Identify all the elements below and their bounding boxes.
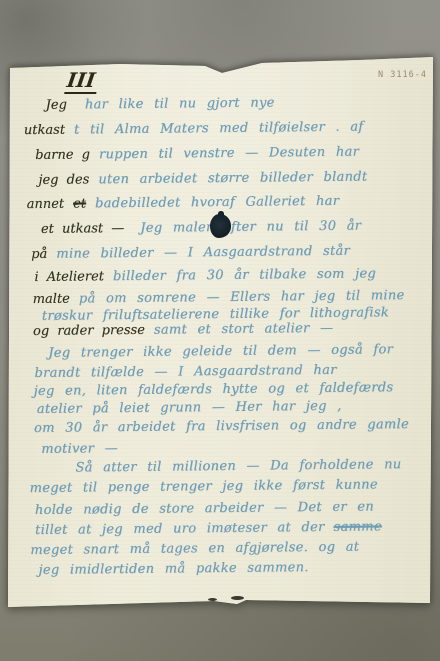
manuscript-line: motiver — bbox=[41, 441, 127, 457]
line-text-blue: Så atter til millionen — Da forholdene n… bbox=[75, 457, 401, 475]
manuscript-line: holde nødig de store arbeider — Det er e… bbox=[35, 499, 383, 518]
line-text-blue: samt et stort atelier — bbox=[154, 321, 334, 338]
manuscript-line: i Atelieretbilleder fra 30 år tilbake so… bbox=[34, 266, 385, 285]
manuscript-line: meget snart må tages en afgjørelse. og a… bbox=[30, 539, 368, 558]
manuscript-line: om 30 år arbeidet fra livsfrisen og andr… bbox=[34, 417, 418, 436]
line-text-blue: om 30 år arbeidet fra livsfrisen og andr… bbox=[34, 417, 409, 436]
line-text-dark: malte bbox=[33, 292, 70, 307]
line-text-blue: på om somrene — Ellers har jeg til mine bbox=[79, 288, 405, 306]
manuscript-line: atelier på leiet grunn — Her har jeg , bbox=[37, 399, 351, 417]
line-text-blue: ruppen til venstre — Desuten har bbox=[99, 145, 359, 163]
manuscript-line: barne gruppen til venstre — Desuten har bbox=[35, 144, 368, 162]
photographed-document-background: III N 3116-4 Jeghar like til nu gjort ny… bbox=[0, 0, 440, 661]
line-text-blue: meget snart må tages en afgjørelse. og a… bbox=[30, 540, 359, 558]
manuscript-line: og rader pressesamt et stort atelier — bbox=[33, 321, 342, 339]
line-text-dark: på bbox=[31, 247, 47, 262]
line-text-blue: jeg en, liten faldefærds hytte og et fal… bbox=[34, 380, 394, 399]
line-text-dark: barne g bbox=[35, 147, 90, 163]
manuscript-line: jeg en, liten faldefærds hytte og et fal… bbox=[34, 380, 403, 399]
line-text-dark: i Atelieret bbox=[34, 269, 104, 285]
line-text-blue: atelier på leiet grunn — Her har jeg , bbox=[37, 399, 342, 417]
handwritten-text-block: Jeghar like til nu gjort nye utkastt til… bbox=[0, 0, 440, 661]
line-text-blue: tillet at jeg med uro imøteser at der bbox=[35, 520, 325, 538]
manuscript-line: Jeghar like til nu gjort nye bbox=[46, 95, 284, 112]
manuscript-line: jeg desuten arbeidet større billeder bla… bbox=[38, 169, 376, 188]
manuscript-line: utkastt til Alma Maters med tilføielser … bbox=[24, 119, 373, 138]
line-text-dark: utkast bbox=[24, 123, 65, 138]
line-text-dark: annet bbox=[27, 197, 65, 212]
manuscript-line: annetetbadebilledet hvoraf Galleriet har bbox=[27, 194, 349, 212]
line-text-blue: billeder fra 30 år tilbake som jeg bbox=[113, 266, 376, 284]
line-text-blue: holde nødig de store arbeider — Det er e… bbox=[35, 499, 374, 518]
manuscript-line: jeg imidlertiden må pakke sammen. bbox=[38, 560, 317, 578]
manuscript-line: Så atter til millionen — Da forholdene n… bbox=[75, 457, 410, 476]
manuscript-line: maltepå om somrene — Ellers har jeg til … bbox=[33, 288, 414, 307]
manuscript-line: meget til penge trenger jeg ikke først k… bbox=[30, 477, 387, 496]
edge-speck bbox=[208, 598, 217, 601]
line-text-blue: meget til penge trenger jeg ikke først k… bbox=[30, 477, 378, 496]
line-text-blue: mine billeder — I Aasgaardstrand står bbox=[56, 244, 350, 262]
line-text-blue: jeg imidlertiden må pakke sammen. bbox=[38, 560, 308, 578]
manuscript-line: påmine billeder — I Aasgaardstrand står bbox=[31, 244, 359, 262]
edge-speck bbox=[231, 596, 244, 600]
line-text-blue: t til Alma Maters med tilføielser . af bbox=[74, 119, 364, 137]
line-text-dark: jeg des bbox=[38, 172, 89, 188]
line-text-struck: samme bbox=[333, 519, 381, 535]
line-text-dark: et utkast — bbox=[41, 221, 124, 237]
line-text-blue: uten arbeidet større billeder blandt bbox=[98, 169, 367, 187]
manuscript-paper: III N 3116-4 Jeghar like til nu gjort ny… bbox=[0, 0, 440, 661]
line-text-blue: har like til nu gjort nye bbox=[85, 95, 275, 112]
manuscript-line: et utkast —Jeg maler efter nu til 30 år bbox=[41, 218, 370, 236]
line-text-blue: brandt tilfælde — I Aasgaardstrand har bbox=[34, 363, 336, 381]
line-text-dark: og rader presse bbox=[33, 323, 145, 339]
line-text-struck: et bbox=[73, 196, 86, 211]
line-text-dark: Jeg bbox=[46, 98, 67, 113]
manuscript-line: tillet at jeg med uro imøteser at dersam… bbox=[35, 519, 391, 538]
line-text-blue: badebilledet hvoraf Galleriet har bbox=[95, 194, 339, 212]
line-text-blue: Jeg maler efter nu til 30 år bbox=[140, 219, 361, 236]
manuscript-line: brandt tilfælde — I Aasgaardstrand har bbox=[34, 363, 345, 381]
line-text-blue: motiver — bbox=[41, 441, 118, 457]
line-text-blue: Jeg trenger ikke geleide til dem — også … bbox=[48, 342, 393, 361]
manuscript-line: Jeg trenger ikke geleide til dem — også … bbox=[48, 342, 402, 361]
paper-shadow-wrapper: III N 3116-4 Jeghar like til nu gjort ny… bbox=[0, 0, 440, 661]
